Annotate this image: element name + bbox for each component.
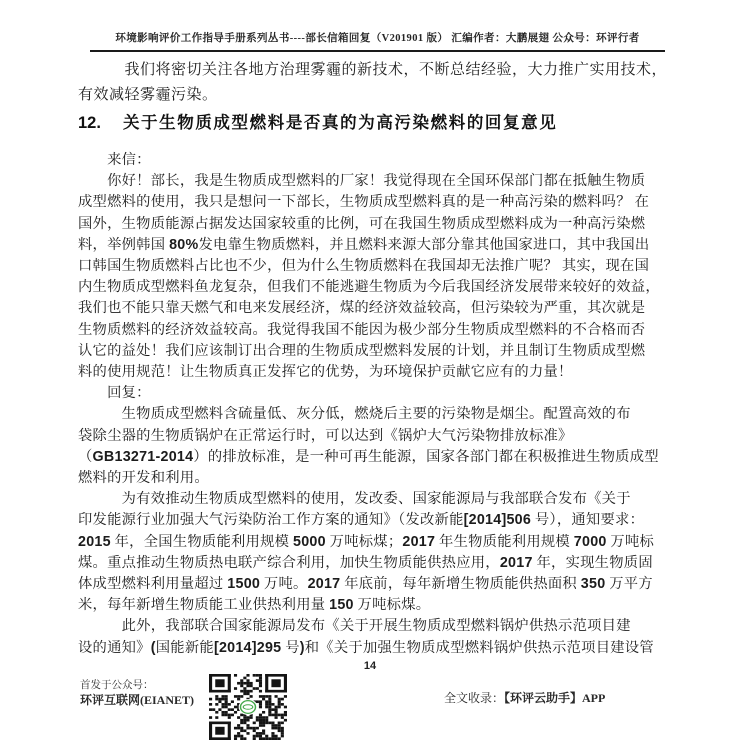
text-line: 你好！部长，我是生物质成型燃料的厂家！我觉得现在全国环保部门都在抵触生物质: [78, 171, 670, 192]
text-line: 袋除尘器的生物质锅炉在正常运行时，可以达到《锅炉大气污染物排放标准》: [78, 426, 670, 447]
publisher-label: 首发于公众号：: [80, 678, 194, 693]
text-line: 生物质成型燃料含硫量低、灰分低，燃烧后主要的污染物是烟尘。配置高效的布: [78, 404, 670, 425]
text-line: 有效减轻雾霾污染。: [78, 83, 670, 108]
text-line: 口韩国生物质燃料占比也不少，但为什么生物质燃料在我国却无法推广呢？ 其实，现在国: [78, 256, 670, 277]
section-number: 12.: [78, 114, 101, 133]
document-page: 环境影响评价工作指导手册系列丛书----部长信箱回复（V201901 版） 汇编…: [0, 0, 740, 740]
text-line: 印发能源行业加强大气污染防治工作方案的通知》（发改新能[2014]506 号），…: [78, 510, 670, 531]
text-line: 回复：: [78, 383, 670, 404]
text-line: 此外，我部联合国家能源局发布《关于开展生物质成型燃料锅炉供热示范项目建: [78, 616, 670, 637]
running-header: 环境影响评价工作指导手册系列丛书----部长信箱回复（V201901 版） 汇编…: [90, 30, 665, 52]
text-line: 我们将密切关注各地方治理雾霾的新技术，不断总结经验，大力推广实用技术，: [78, 58, 670, 83]
text-line: 煤。重点推动生物质热电联产综合利用，加快生物质能供热应用，2017 年，实现生物…: [78, 553, 670, 574]
text-line: 料的使用规范！让生物质真正发挥它的优势，为环境保护贡献它应有的力量！: [78, 362, 670, 383]
text-line: 为有效推动生物质成型燃料的使用，发改委、国家能源局与我部联合发布《关于: [78, 489, 670, 510]
page-number: 14: [0, 660, 740, 672]
text-line: 燃料的开发和利用。: [78, 468, 670, 489]
text-line: （GB13271-2014）的排放标准，是一种可再生能源，国家各部门都在积极推进…: [78, 447, 670, 468]
letter-body: 来信： 你好！部长，我是生物质成型燃料的厂家！我觉得现在全国环保部门都在抵触生物…: [78, 150, 670, 659]
qr-code-icon: [209, 674, 287, 740]
publisher-block: 首发于公众号： 环评互联网(EIANET): [80, 678, 194, 708]
text-line: 设的通知》(国能新能[2014]295 号)和《关于加强生物质成型燃料锅炉供热示…: [78, 638, 670, 659]
text-line: 成型燃料的使用，我只是想问一下部长，生物质成型燃料真的是一种高污染的燃料吗？ 在: [78, 192, 670, 213]
publisher-name: 环评互联网(EIANET): [80, 693, 194, 708]
text-line: 生物质燃料的经济效益较高。我觉得我国不能因为极少部分生物质成型燃料的不合格而否: [78, 320, 670, 341]
section-title: 关于生物质成型燃料是否真的为高污染燃料的回复意见: [123, 113, 557, 132]
text-line: 国外，生物质能源占据发达国家较重的比例，可在我国生物质成型燃料成为一种高污染燃: [78, 214, 670, 235]
text-line: 体成型燃料利用量超过 1500 万吨。2017 年底前，每年新增生物质能供热面积…: [78, 574, 670, 595]
text-line: 内生物质成型燃料鱼龙复杂，但我们不能逃避生物质为今后我国经济发展带来较好的效益，: [78, 277, 670, 298]
qr-code-wrap: [209, 674, 287, 740]
text-line: 料，举例韩国 80%发电靠生物质燃料，并且燃料来源大部分靠其他国家进口，其中我国…: [78, 235, 670, 256]
text-line: 我们也不能只靠天燃气和电来发展经济，煤的经济效益较高，但污染较为严重，其次就是: [78, 298, 670, 319]
fulltext-app-name: 【环评云助手】APP: [504, 691, 605, 705]
intro-paragraph: 我们将密切关注各地方治理雾霾的新技术，不断总结经验，大力推广实用技术，有效减轻雾…: [78, 58, 670, 108]
text-line: 认它的益处！我们应该制订出合理的生物质成型燃料发展的计划，并且制订生物质成型燃: [78, 341, 670, 362]
fulltext-prefix: 全文收录：: [444, 691, 504, 705]
section-heading: 12.关于生物质成型燃料是否真的为高污染燃料的回复意见: [78, 109, 557, 133]
text-line: 2015 年，全国生物质能利用规模 5000 万吨标煤；2017 年生物质能利用…: [78, 532, 670, 553]
fulltext-note: 全文收录：【环评云助手】APP: [444, 689, 605, 706]
text-line: 米，每年新增生物质能工业供热利用量 150 万吨标煤。: [78, 595, 670, 616]
text-line: 来信：: [78, 150, 670, 171]
